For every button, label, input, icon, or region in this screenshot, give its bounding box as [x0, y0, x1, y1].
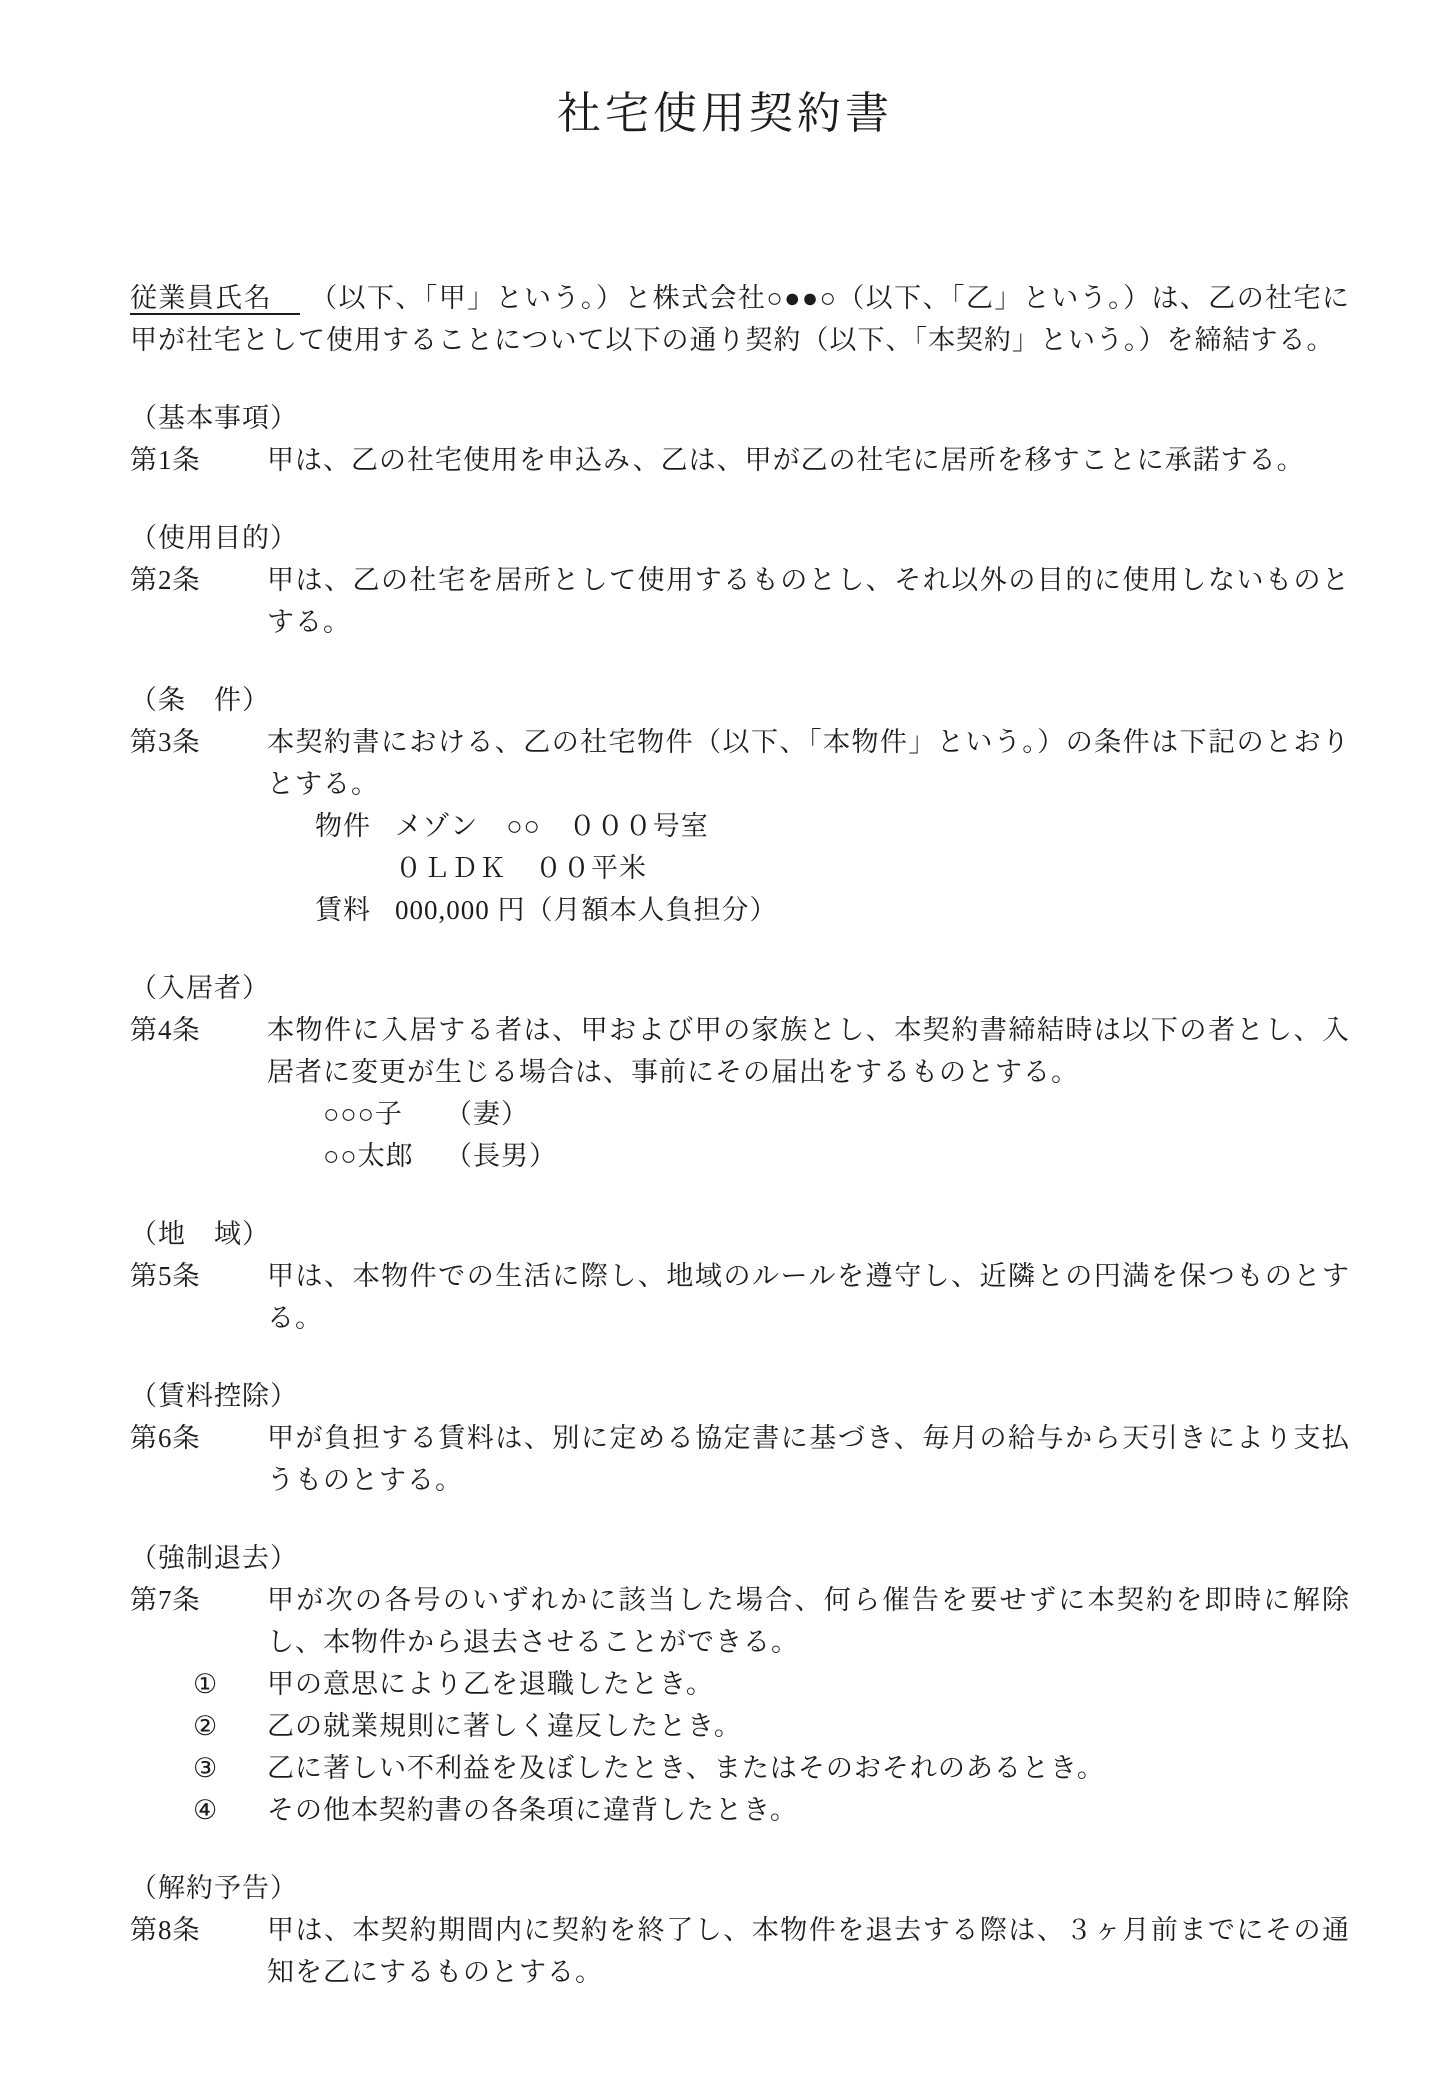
clause-label: 第7条: [130, 1579, 267, 1663]
item-number-icon: ②: [193, 1705, 267, 1747]
numbered-item: ② 乙の就業規則に著しく違反したとき。: [193, 1705, 1350, 1747]
clause-label: 第5条: [130, 1255, 267, 1339]
clause: 第4条 本物件に入居する者は、甲および甲の家族とし、本契約書締結時は以下の者とし…: [130, 1009, 1350, 1093]
item-number-icon: ④: [193, 1789, 267, 1831]
clause-text: 甲は、乙の社宅を居所として使用するものとし、それ以外の目的に使用しないものとする…: [267, 559, 1350, 643]
article-heading: （地 域）: [130, 1213, 1350, 1255]
clause: 第7条 甲が次の各号のいずれかに該当した場合、何ら催告を要せずに本契約を即時に解…: [130, 1579, 1350, 1663]
clause: 第3条 本契約書における、乙の社宅物件（以下、「本物件」という。）の条件は下記の…: [130, 721, 1350, 805]
property-label: 賃料: [315, 889, 395, 931]
clause-text: 甲は、本物件での生活に際し、地域のルールを遵守し、近隣との円満を保つものとする。: [267, 1255, 1350, 1339]
clause-text: 甲が負担する賃料は、別に定める協定書に基づき、毎月の給与から天引きにより支払うも…: [267, 1417, 1350, 1501]
clause: 第6条 甲が負担する賃料は、別に定める協定書に基づき、毎月の給与から天引きにより…: [130, 1417, 1350, 1501]
article-section-4: （入居者） 第4条 本物件に入居する者は、甲および甲の家族とし、本契約書締結時は…: [130, 967, 1350, 1177]
article-heading: （使用目的）: [130, 517, 1350, 559]
clause-label: 第3条: [130, 721, 267, 805]
preamble-text: （以下、「甲」という。）と株式会社○●●○（以下、「乙」という。）は、乙の社宅に…: [130, 283, 1350, 355]
clause-text: 本物件に入居する者は、甲および甲の家族とし、本契約書締結時は以下の者とし、入居者…: [267, 1009, 1350, 1093]
article-section-5: （地 域） 第5条 甲は、本物件での生活に際し、地域のルールを遵守し、近隣との円…: [130, 1213, 1350, 1339]
resident-name: ○○太郎: [323, 1135, 445, 1177]
article-section-8: （解約予告） 第8条 甲は、本契約期間内に契約を終了し、本物件を退去する際は、３…: [130, 1867, 1350, 1993]
article-section-2: （使用目的） 第2条 甲は、乙の社宅を居所として使用するものとし、それ以外の目的…: [130, 517, 1350, 643]
article-heading: （解約予告）: [130, 1867, 1350, 1909]
clause-text: 甲は、本契約期間内に契約を終了し、本物件を退去する際は、３ヶ月前までにその通知を…: [267, 1909, 1350, 1993]
item-text: 乙の就業規則に著しく違反したとき。: [267, 1705, 1350, 1747]
contract-page: { "document": { "title": "社宅使用契約書", "pre…: [0, 0, 1450, 2093]
item-number-icon: ①: [193, 1663, 267, 1705]
resident-relation: （長男）: [445, 1135, 1350, 1177]
item-text: その他本契約書の各条項に違背したとき。: [267, 1789, 1350, 1831]
item-text: 甲の意思により乙を退職したとき。: [267, 1663, 1350, 1705]
numbered-item: ① 甲の意思により乙を退職したとき。: [193, 1663, 1350, 1705]
clause: 第2条 甲は、乙の社宅を居所として使用するものとし、それ以外の目的に使用しないも…: [130, 559, 1350, 643]
clause-text: 甲は、乙の社宅使用を申込み、乙は、甲が乙の社宅に居所を移すことに承諾する。: [267, 439, 1350, 481]
numbered-item: ④ その他本契約書の各条項に違背したとき。: [193, 1789, 1350, 1831]
property-row: 物件 メゾン ○○ ０００号室: [315, 805, 1350, 847]
clause-text: 本契約書における、乙の社宅物件（以下、「本物件」という。）の条件は下記のとおりと…: [267, 721, 1350, 805]
preamble: 従業員氏名（以下、「甲」という。）と株式会社○●●○（以下、「乙」という。）は、…: [130, 277, 1350, 361]
clause-label: 第8条: [130, 1909, 267, 1993]
article-heading: （条 件）: [130, 679, 1350, 721]
property-row: 賃料 000,000 円（月額本人負担分）: [315, 889, 1350, 931]
property-value: メゾン ○○ ０００号室: [395, 805, 1350, 847]
resident-relation: （妻）: [445, 1093, 1350, 1135]
resident-name: ○○○子: [323, 1093, 445, 1135]
employee-name-blank: 従業員氏名: [130, 283, 300, 315]
clause-text: 甲が次の各号のいずれかに該当した場合、何ら催告を要せずに本契約を即時に解除し、本…: [267, 1579, 1350, 1663]
clause: 第1条 甲は、乙の社宅使用を申込み、乙は、甲が乙の社宅に居所を移すことに承諾する…: [130, 439, 1350, 481]
resident-row: ○○○子 （妻）: [323, 1093, 1350, 1135]
clause: 第8条 甲は、本契約期間内に契約を終了し、本物件を退去する際は、３ヶ月前までにそ…: [130, 1909, 1350, 1993]
item-text: 乙に著しい不利益を及ぼしたとき、またはそのおそれのあるとき。: [267, 1747, 1350, 1789]
article-heading: （賃料控除）: [130, 1375, 1350, 1417]
article-heading: （入居者）: [130, 967, 1350, 1009]
clause-label: 第4条: [130, 1009, 267, 1093]
article-heading: （強制退去）: [130, 1537, 1350, 1579]
article-section-3: （条 件） 第3条 本契約書における、乙の社宅物件（以下、「本物件」という。）の…: [130, 679, 1350, 931]
item-number-icon: ③: [193, 1747, 267, 1789]
property-label: 物件: [315, 805, 395, 847]
article-heading: （基本事項）: [130, 397, 1350, 439]
property-row: ０ＬＤＫ ００平米: [315, 847, 1350, 889]
article-section-1: （基本事項） 第1条 甲は、乙の社宅使用を申込み、乙は、甲が乙の社宅に居所を移す…: [130, 397, 1350, 481]
article-section-7: （強制退去） 第7条 甲が次の各号のいずれかに該当した場合、何ら催告を要せずに本…: [130, 1537, 1350, 1831]
property-label: [315, 847, 395, 889]
clause-label: 第6条: [130, 1417, 267, 1501]
resident-row: ○○太郎 （長男）: [323, 1135, 1350, 1177]
clause: 第5条 甲は、本物件での生活に際し、地域のルールを遵守し、近隣との円満を保つもの…: [130, 1255, 1350, 1339]
numbered-item: ③ 乙に著しい不利益を及ぼしたとき、またはそのおそれのあるとき。: [193, 1747, 1350, 1789]
property-value: 000,000 円（月額本人負担分）: [395, 889, 1350, 931]
document-title: 社宅使用契約書: [115, 88, 1335, 140]
clause-label: 第1条: [130, 439, 267, 481]
property-value: ０ＬＤＫ ００平米: [395, 847, 1350, 889]
article-section-6: （賃料控除） 第6条 甲が負担する賃料は、別に定める協定書に基づき、毎月の給与か…: [130, 1375, 1350, 1501]
clause-label: 第2条: [130, 559, 267, 643]
